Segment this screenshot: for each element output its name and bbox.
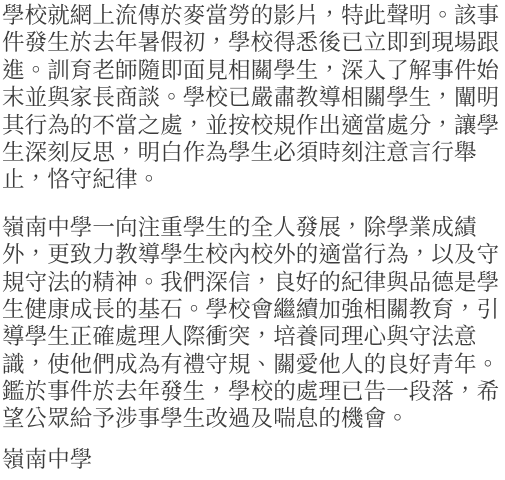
text-line: 望公眾給予涉事學生改過及喘息的機會。 bbox=[2, 405, 505, 432]
text-line: 止，恪守紀律。 bbox=[2, 166, 505, 193]
text-line: 識，使他們成為有禮守規、關愛他人的良好青年。 bbox=[2, 351, 505, 378]
text-line: 規守法的精神。我們深信，良好的紀律與品德是學 bbox=[2, 269, 505, 296]
paragraph-school-values: 嶺南中學一向注重學生的全人發展，除學業成績 外，更致力教導學生校內校外的適當行為… bbox=[2, 214, 505, 433]
text-line: 學校就網上流傳於麥當勞的影片，特此聲明。該事 bbox=[2, 2, 505, 29]
signature-school-name: 嶺南中學 bbox=[2, 446, 505, 473]
text-line: 生深刻反思，明白作為學生必須時刻注意言行舉 bbox=[2, 139, 505, 166]
text-line: 進。訓育老師隨即面見相關學生，深入了解事件始 bbox=[2, 57, 505, 84]
text-line: 件發生於去年暑假初，學校得悉後已立即到現場跟 bbox=[2, 29, 505, 56]
statement-document: 學校就網上流傳於麥當勞的影片，特此聲明。該事 件發生於去年暑假初，學校得悉後已立… bbox=[0, 0, 505, 473]
text-line: 其行為的不當之處，並按校規作出適當處分，讓學 bbox=[2, 112, 505, 139]
signature: 嶺南中學 bbox=[2, 446, 505, 473]
paragraph-incident-response: 學校就網上流傳於麥當勞的影片，特此聲明。該事 件發生於去年暑假初，學校得悉後已立… bbox=[2, 2, 505, 194]
text-line: 導學生正確處理人際衝突，培養同理心與守法意 bbox=[2, 323, 505, 350]
text-line: 生健康成長的基石。學校會繼續加強相關教育，引 bbox=[2, 296, 505, 323]
text-line: 外，更致力教導學生校內校外的適當行為，以及守 bbox=[2, 241, 505, 268]
text-line: 末並與家長商談。學校已嚴肅教導相關學生，闡明 bbox=[2, 84, 505, 111]
text-line: 鑑於事件於去年發生，學校的處理已告一段落，希 bbox=[2, 378, 505, 405]
text-line: 嶺南中學一向注重學生的全人發展，除學業成績 bbox=[2, 214, 505, 241]
